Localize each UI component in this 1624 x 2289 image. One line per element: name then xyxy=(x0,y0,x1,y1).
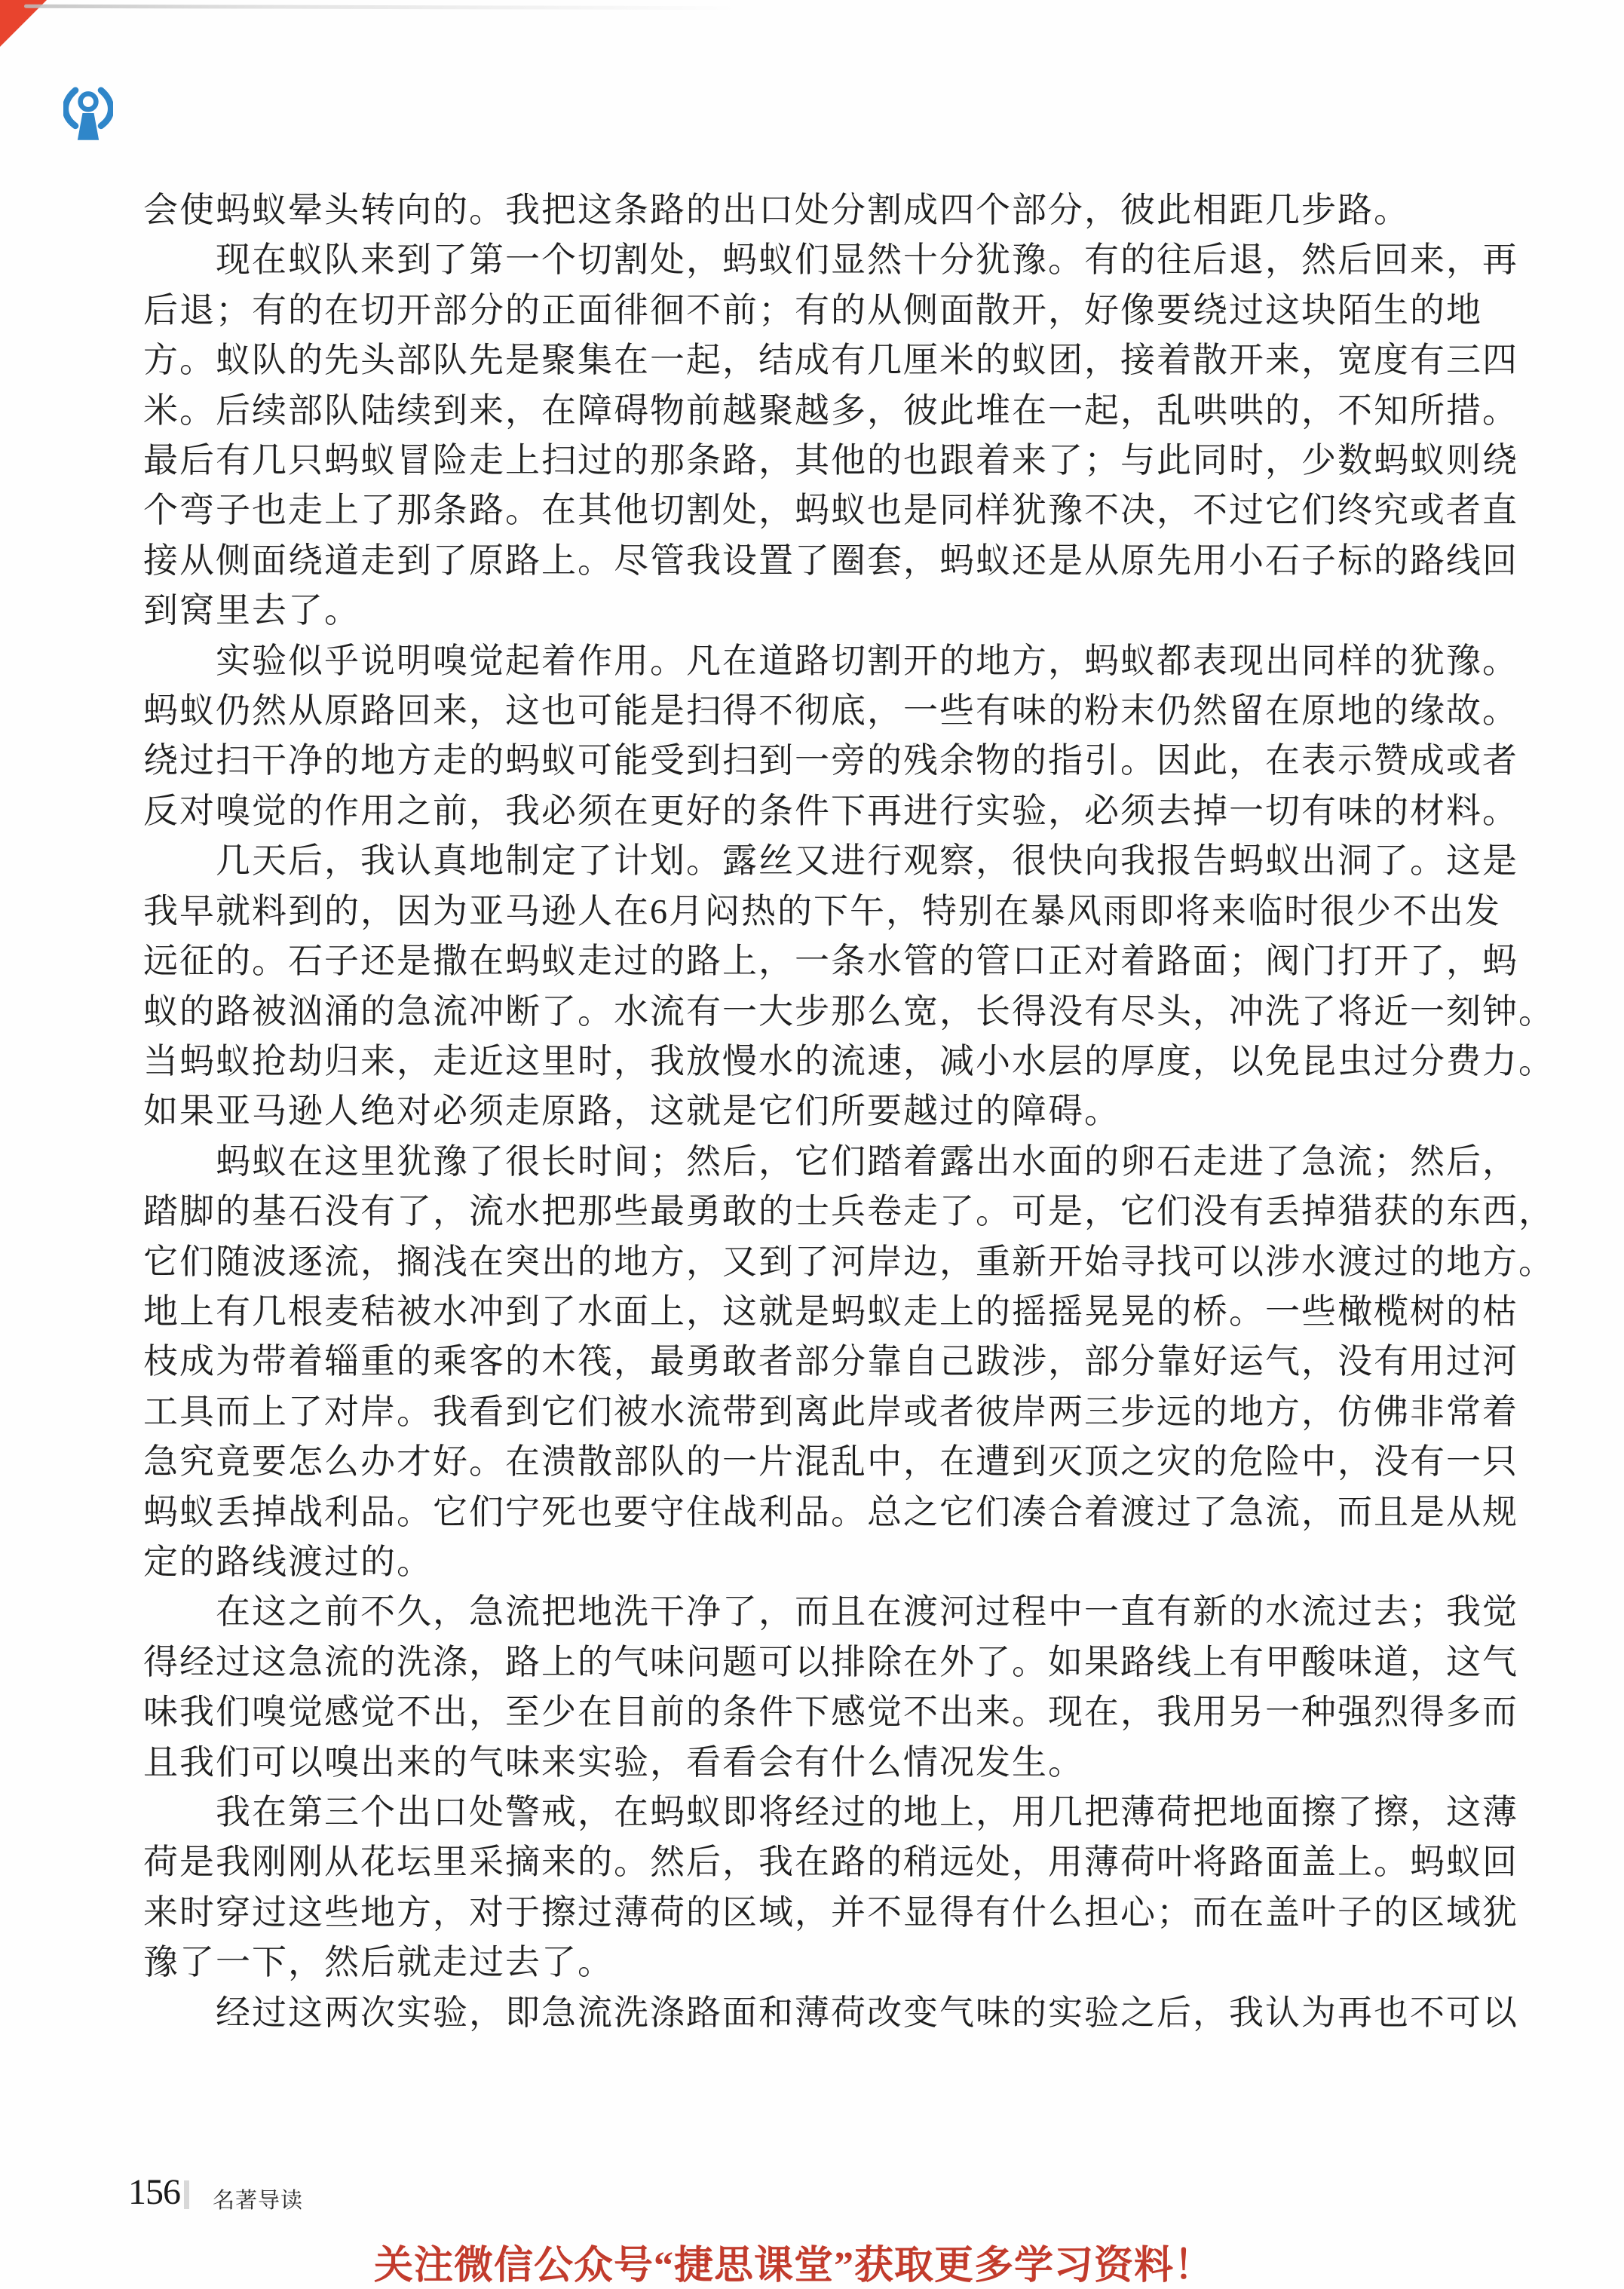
text-line: 地上有几根麦秸被水冲到了水面上，这就是蚂蚁走上的摇摇晃晃的桥。一些橄榄树的枯 xyxy=(143,1287,1500,1337)
text-line: 个弯子也走上了那条路。在其他切割处，蚂蚁也是同样犹豫不决，不过它们终究或者直 xyxy=(143,486,1500,535)
text-line: 急究竟要怎么办才好。在溃散部队的一片混乱中，在遭到灭顶之灾的危险中，没有一只 xyxy=(143,1437,1500,1487)
page-number: 156 xyxy=(128,2171,180,2213)
text-line: 来时穿过这些地方，对于擦过薄荷的区域，并不显得有什么担心；而在盖叶子的区域犹 xyxy=(143,1888,1500,1938)
text-line: 接从侧面绕道走到了原路上。尽管我设置了圈套，蚂蚁还是从原先用小石子标的路线回 xyxy=(143,536,1500,586)
text-line: 如果亚马逊人绝对必须走原路，这就是它们所要越过的障碍。 xyxy=(143,1086,1500,1136)
text-line: 米。后续部队陆续到来，在障碍物前越聚越多，彼此堆在一起，乱哄哄的，不知所措。 xyxy=(143,386,1500,436)
text-line: 蚁的路被汹涌的急流冲断了。水流有一大步那么宽，长得没有尽头，冲洗了将近一刻钟。 xyxy=(143,987,1500,1037)
text-line: 远征的。石子还是撒在蚂蚁走过的路上，一条水管的管口正对着路面；阀门打开了，蚂 xyxy=(143,936,1500,986)
text-line: 几天后，我认真地制定了计划。露丝又进行观察，很快向我报告蚂蚁出洞了。这是 xyxy=(143,836,1500,886)
text-line: 且我们可以嗅出来的气味来实验，看看会有什么情况发生。 xyxy=(143,1738,1500,1788)
text-line: 到窝里去了。 xyxy=(143,586,1500,636)
text-line: 我在第三个出口处警戒，在蚂蚁即将经过的地上，用几把薄荷把地面擦了擦，这薄 xyxy=(143,1788,1500,1837)
text-line: 在这之前不久，急流把地洗干净了，而且在渡河过程中一直有新的水流过去；我觉 xyxy=(143,1587,1500,1637)
text-line: 实验似乎说明嗅觉起着作用。凡在道路切割开的地方，蚂蚁都表现出同样的犹豫。 xyxy=(143,636,1500,686)
footer-divider xyxy=(184,2180,189,2209)
text-line: 工具而上了对岸。我看到它们被水流带到离此岸或者彼岸两三步远的地方，仿佛非常着 xyxy=(143,1387,1500,1437)
section-title: 名著导读 xyxy=(213,2183,303,2214)
text-line: 后退；有的在切开部分的正面徘徊不前；有的从侧面散开，好像要绕过这块陌生的地 xyxy=(143,286,1500,336)
text-line: 踏脚的基石没有了，流水把那些最勇敢的士兵卷走了。可是，它们没有丢掉猎获的东西， xyxy=(143,1187,1500,1236)
scan-artifact-line xyxy=(24,5,740,10)
text-line: 会使蚂蚁晕头转向的。我把这条路的出口处分割成四个部分，彼此相距几步路。 xyxy=(143,185,1500,235)
text-line: 最后有几只蚂蚁冒险走上扫过的那条路，其他的也跟着来了；与此同时，少数蚂蚁则绕 xyxy=(143,436,1500,486)
text-line: 枝成为带着辎重的乘客的木筏，最勇敢者部分靠自己跋涉，部分靠好运气，没有用过河 xyxy=(143,1337,1500,1387)
text-line: 味我们嗅觉感觉不出，至少在目前的条件下感觉不出来。现在，我用另一种强烈得多而 xyxy=(143,1687,1500,1737)
wechat-promo-watermark: 关注微信公众号“捷思课堂”获取更多学习资料！ xyxy=(374,2233,1214,2289)
body-text: 会使蚂蚁晕头转向的。我把这条路的出口处分割成四个部分，彼此相距几步路。 现在蚁队… xyxy=(143,185,1500,2038)
text-line: 荷是我刚刚从花坛里采摘来的。然后，我在路的稍远处，用薄荷叶将路面盖上。蚂蚁回 xyxy=(143,1837,1500,1887)
text-line: 方。蚁队的先头部队先是聚集在一起，结成有几厘米的蚁团，接着散开来，宽度有三四 xyxy=(143,336,1500,385)
text-line: 它们随波逐流，搁浅在突出的地方，又到了河岸边，重新开始寻找可以涉水渡过的地方。 xyxy=(143,1237,1500,1287)
text-line: 反对嗅觉的作用之前，我必须在更好的条件下再进行实验，必须去掉一切有味的材料。 xyxy=(143,786,1500,836)
book-page: 会使蚂蚁晕头转向的。我把这条路的出口处分割成四个部分，彼此相距几步路。 现在蚁队… xyxy=(0,0,1624,2289)
text-line: 现在蚁队来到了第一个切割处，蚂蚁们显然十分犹豫。有的往后退，然后回来，再 xyxy=(143,235,1500,285)
text-line: 蚂蚁在这里犹豫了很长时间；然后，它们踏着露出水面的卵石走进了急流；然后， xyxy=(143,1137,1500,1187)
text-line: 我早就料到的，因为亚马逊人在6月闷热的下午，特别在暴风雨即将来临时很少不出发 xyxy=(143,887,1500,936)
text-line: 豫了一下，然后就走过去了。 xyxy=(143,1938,1500,1987)
broadcast-person-logo-icon xyxy=(63,83,113,142)
text-line: 当蚂蚁抢劫归来，走近这里时，我放慢水的流速，减小水层的厚度，以免昆虫过分费力。 xyxy=(143,1037,1500,1086)
text-line: 蚂蚁仍然从原路回来，这也可能是扫得不彻底，一些有味的粉末仍然留在原地的缘故。 xyxy=(143,686,1500,736)
text-line: 绕过扫干净的地方走的蚂蚁可能受到扫到一旁的残余物的指引。因此，在表示赞成或者 xyxy=(143,736,1500,786)
text-line: 定的路线渡过的。 xyxy=(143,1537,1500,1587)
text-line: 经过这两次实验，即急流洗涤路面和薄荷改变气味的实验之后，我认为再也不可以 xyxy=(143,1988,1500,2038)
text-line: 得经过这急流的洗涤，路上的气味问题可以排除在外了。如果路线上有甲酸味道，这气 xyxy=(143,1638,1500,1687)
text-line: 蚂蚁丢掉战利品。它们宁死也要守住战利品。总之它们凑合着渡过了急流，而且是从规 xyxy=(143,1488,1500,1537)
